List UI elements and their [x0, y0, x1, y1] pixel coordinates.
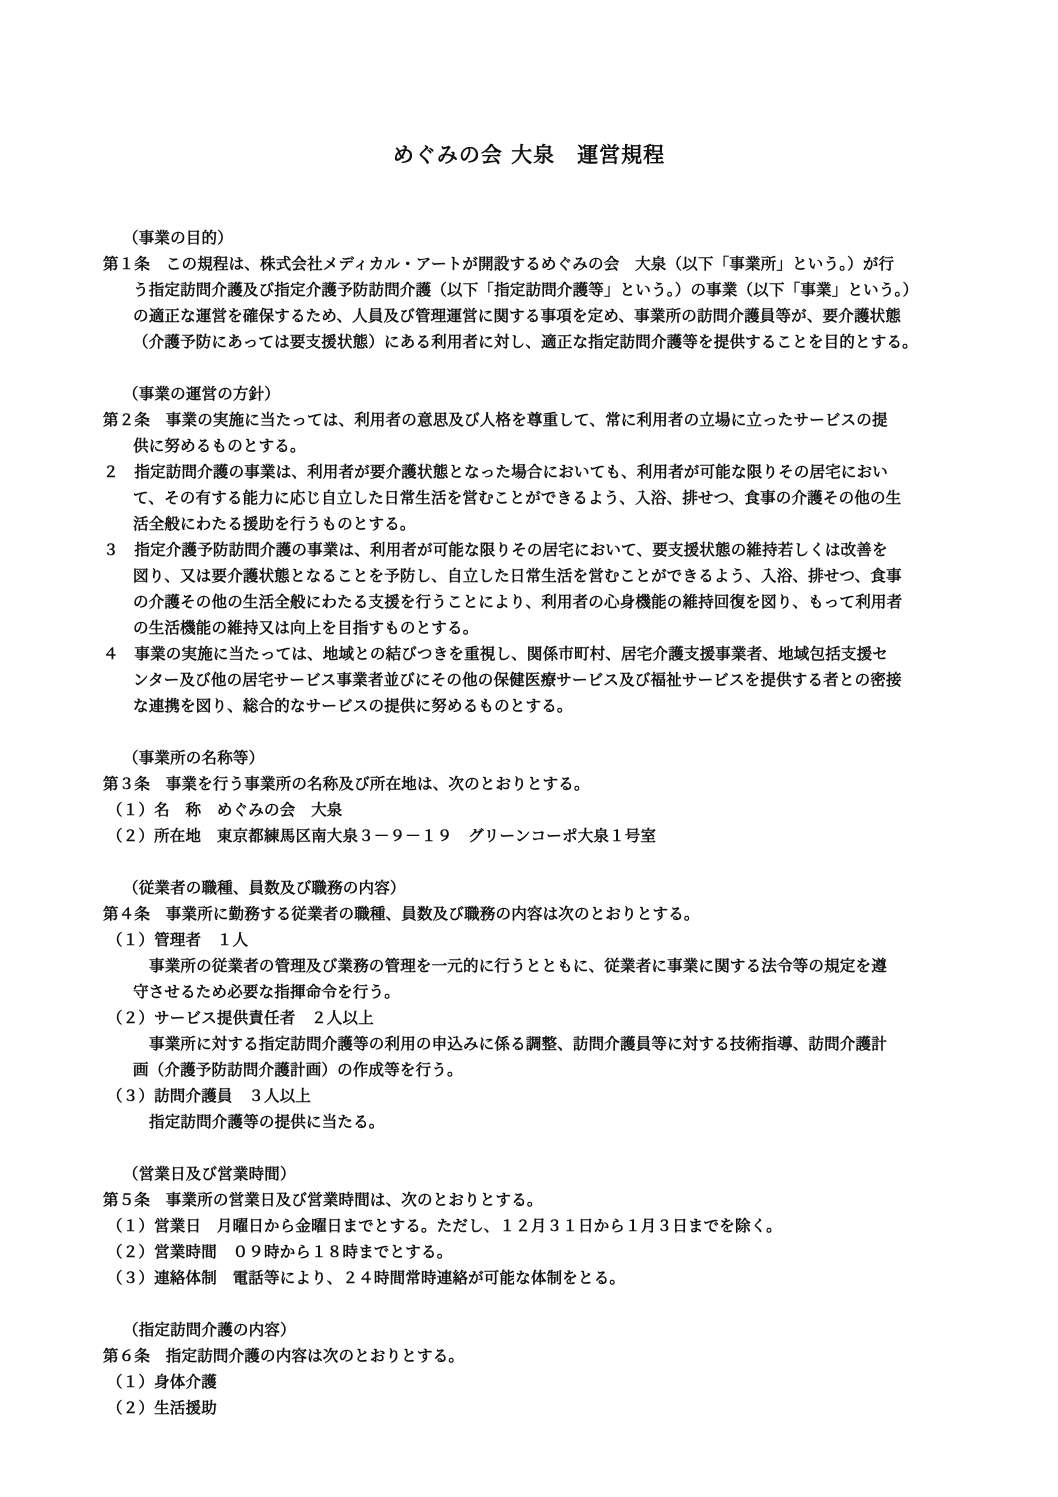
doc-line: 図り、又は要介護状態となることを予防し、自立した日常生活を営むことができるよう、…	[103, 563, 998, 589]
doc-line: （３）訪問介護員 ３人以上	[103, 1083, 998, 1109]
doc-line: の適正な運営を確保するため、人員及び管理運営に関する事項を定め、事業所の訪問介護…	[103, 303, 998, 329]
doc-line: ３ 指定介護予防訪問介護の事業は、利用者が可能な限りその居宅において、要支援状態…	[103, 537, 998, 563]
doc-line: 第２条 事業の実施に当たっては、利用者の意思及び人格を尊重して、常に利用者の立場…	[103, 407, 998, 433]
doc-line: 第５条 事業所の営業日及び営業時間は、次のとおりとする。	[103, 1187, 998, 1213]
section-heading: （事業の目的）	[103, 225, 998, 251]
doc-content: （事業の目的） 第１条 この規程は、株式会社メディカル・アートが開設するめぐみの…	[0, 225, 1058, 1421]
doc-line: （２）営業時間 ０９時から１８時までとする。	[103, 1239, 998, 1265]
section-heading: （事業所の名称等）	[103, 745, 998, 771]
doc-line: て、その有する能力に応じ自立した日常生活を営むことができるよう、入浴、排せつ、食…	[103, 485, 998, 511]
section-service-content: （指定訪問介護の内容） 第６条 指定訪問介護の内容は次のとおりとする。 （１）身…	[103, 1317, 998, 1421]
doc-line: 供に努めるものとする。	[103, 433, 998, 459]
doc-line: （２）サービス提供責任者 ２人以上	[103, 1005, 998, 1031]
doc-line: 第１条 この規程は、株式会社メディカル・アートが開設するめぐみの会 大泉（以下「…	[103, 251, 998, 277]
section-policy: （事業の運営の方針） 第２条 事業の実施に当たっては、利用者の意思及び人格を尊重…	[103, 381, 998, 719]
doc-line: 事業所の従業者の管理及び業務の管理を一元的に行うとともに、従業者に事業に関する法…	[103, 953, 998, 979]
doc-line: 事業所に対する指定訪問介護等の利用の申込みに係る調整、訪問介護員等に対する技術指…	[103, 1031, 998, 1057]
section-purpose: （事業の目的） 第１条 この規程は、株式会社メディカル・アートが開設するめぐみの…	[103, 225, 998, 355]
doc-line: （１）管理者 １人	[103, 927, 998, 953]
doc-line: 画（介護予防訪問介護計画）の作成等を行う。	[103, 1057, 998, 1083]
section-heading: （営業日及び営業時間）	[103, 1161, 998, 1187]
doc-line: 第６条 指定訪問介護の内容は次のとおりとする。	[103, 1343, 998, 1369]
doc-line: （２）生活援助	[103, 1395, 998, 1421]
doc-line: ンター及び他の居宅サービス事業者並びにその他の保健医療サービス及び福祉サービスを…	[103, 667, 998, 693]
doc-line: 第４条 事業所に勤務する従業者の職種、員数及び職務の内容は次のとおりとする。	[103, 901, 998, 927]
section-office-name: （事業所の名称等） 第３条 事業を行う事業所の名称及び所在地は、次のとおりとする…	[103, 745, 998, 849]
doc-title: めぐみの会 大泉 運営規程	[0, 142, 1058, 168]
doc-line: （３）連絡体制 電話等により、２４時間常時連絡が可能な体制をとる。	[103, 1265, 998, 1291]
section-business-hours: （営業日及び営業時間） 第５条 事業所の営業日及び営業時間は、次のとおりとする。…	[103, 1161, 998, 1291]
doc-line: の生活機能の維持又は向上を目指すものとする。	[103, 615, 998, 641]
doc-line: 守させるため必要な指揮命令を行う。	[103, 979, 998, 1005]
section-staff: （従業者の職種、員数及び職務の内容） 第４条 事業所に勤務する従業者の職種、員数…	[103, 875, 998, 1135]
doc-line: （１）営業日 月曜日から金曜日までとする。ただし、１２月３１日から１月３日までを…	[103, 1213, 998, 1239]
section-heading: （従業者の職種、員数及び職務の内容）	[103, 875, 998, 901]
doc-line: ２ 指定訪問介護の事業は、利用者が要介護状態となった場合においても、利用者が可能…	[103, 459, 998, 485]
doc-line: 活全般にわたる援助を行うものとする。	[103, 511, 998, 537]
doc-line: ４ 事業の実施に当たっては、地域との結びつきを重視し、関係市町村、居宅介護支援事…	[103, 641, 998, 667]
doc-line: （２）所在地 東京都練馬区南大泉３－９－１９ グリーンコーポ大泉１号室	[103, 823, 998, 849]
doc-line: （介護予防にあっては要支援状態）にある利用者に対し、適正な指定訪問介護等を提供す…	[103, 329, 998, 355]
section-heading: （事業の運営の方針）	[103, 381, 998, 407]
doc-line: な連携を図り、総合的なサービスの提供に努めるものとする。	[103, 693, 998, 719]
section-heading: （指定訪問介護の内容）	[103, 1317, 998, 1343]
doc-line: （１）名 称 めぐみの会 大泉	[103, 797, 998, 823]
doc-line: （１）身体介護	[103, 1369, 998, 1395]
doc-line: 第３条 事業を行う事業所の名称及び所在地は、次のとおりとする。	[103, 771, 998, 797]
doc-line: 指定訪問介護等の提供に当たる。	[103, 1109, 998, 1135]
doc-line: う指定訪問介護及び指定介護予防訪問介護（以下「指定訪問介護等」という。）の事業（…	[103, 277, 998, 303]
document-page: めぐみの会 大泉 運営規程 （事業の目的） 第１条 この規程は、株式会社メディカ…	[0, 0, 1058, 1497]
doc-line: の介護その他の生活全般にわたる支援を行うことにより、利用者の心身機能の維持回復を…	[103, 589, 998, 615]
